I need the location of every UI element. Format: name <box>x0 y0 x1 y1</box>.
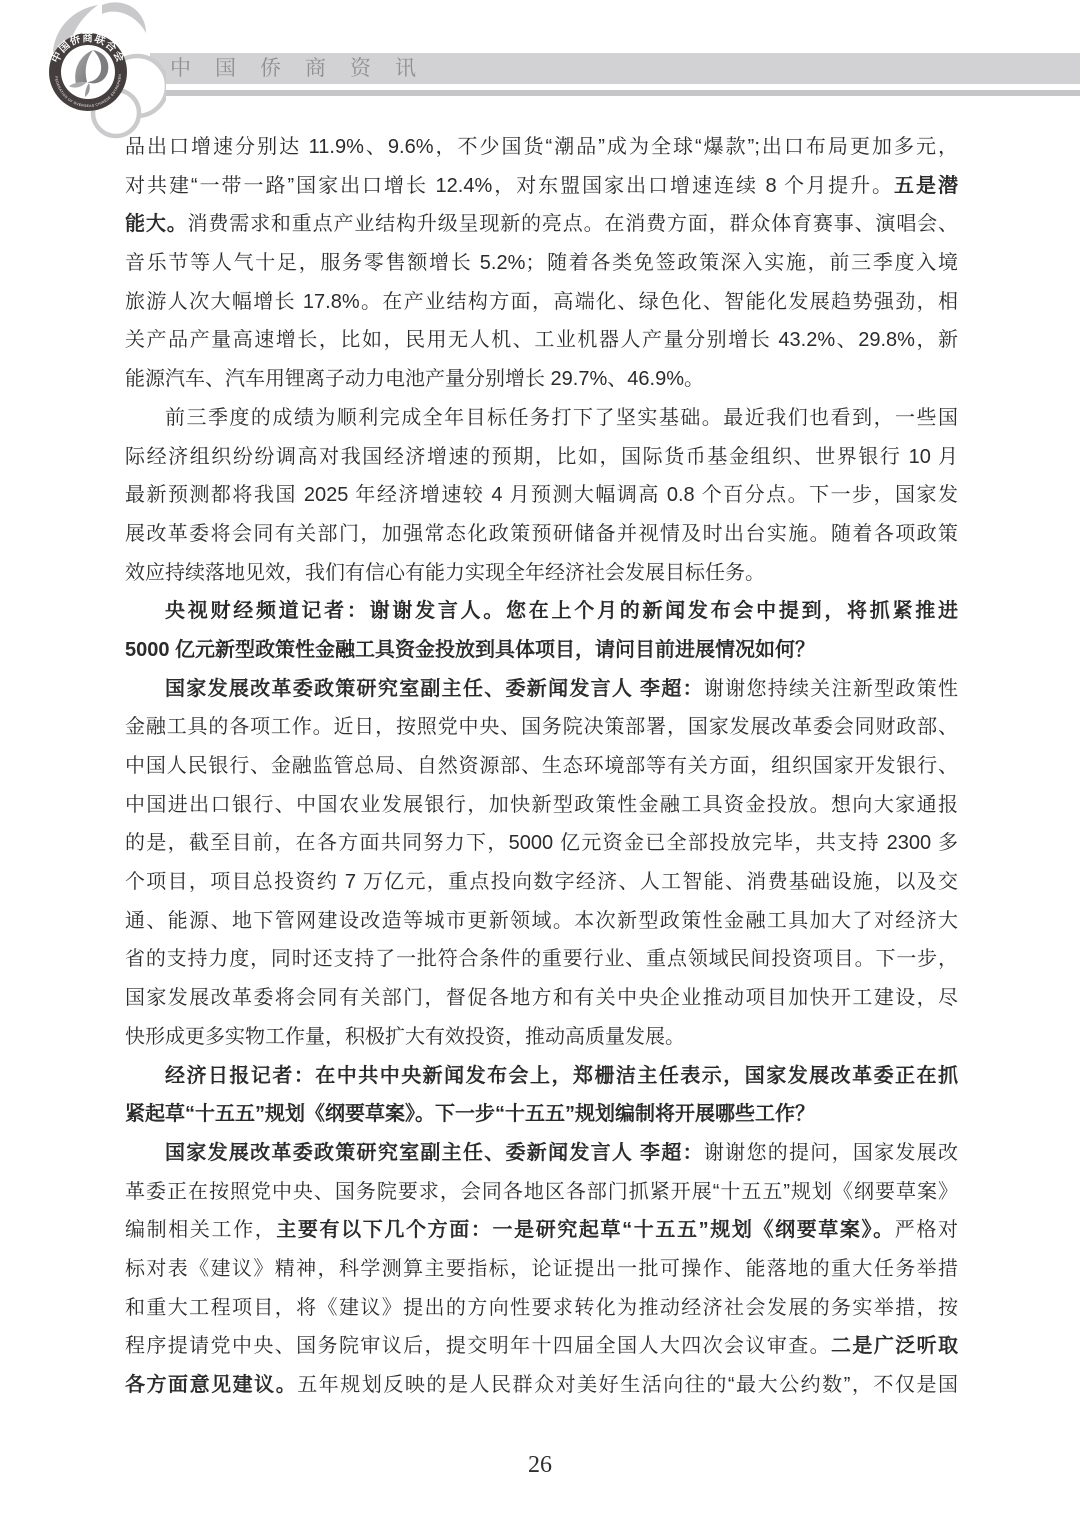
bold-text-segment: 经济日报记者：在中共中央新闻发布会上，郑栅洁主任表示，国家发展改革委正在抓 <box>165 1065 958 1087</box>
text-segment: 程序提请党中央、国务院审议后，提交明年十四届全国人大四次会议审查。 <box>125 1335 831 1357</box>
text-segment: 和重大工程项目，将《建议》提出的方向性要求转化为推动经济社会发展的务实举措，按 <box>125 1297 958 1319</box>
text-line: 对共建“一带一路”国家出口增长 12.4%，对东盟国家出口增速连续 8 个月提升… <box>125 167 958 206</box>
bold-text-segment: 央视财经频道记者：谢谢发言人。您在上个月的新闻发布会中提到，将抓紧推进 <box>165 600 958 622</box>
text-line: 通、能源、地下管网建设改造等城市更新领域。本次新型政策性金融工具加大了对经济大 <box>125 902 958 941</box>
text-segment: 关产品产量高速增长，比如，民用无人机、工业机器人产量分别增长 43.2%、29.… <box>125 329 958 351</box>
text-segment: 个项目，项目总投资约 7 万亿元，重点投向数字经济、人工智能、消费基础设施，以及… <box>125 871 958 893</box>
text-line: 国家发展改革委将会同有关部门，督促各地方和有关中央企业推动项目加快开工建设，尽 <box>125 979 958 1018</box>
document-page: 中国侨商资讯 中国侨商联合会 <box>0 0 1080 1525</box>
text-segment: 对共建“一带一路”国家出口增长 12.4%，对东盟国家出口增速连续 8 个月提升… <box>125 175 894 197</box>
text-segment: 品出口增速分别达 11.9%、9.6%，不少国货“潮品”成为全球“爆款”;出口布… <box>125 136 958 158</box>
page-number: 26 <box>0 1452 1080 1479</box>
text-line: 音乐节等人气十足，服务零售额增长 5.2%；随着各类免签政策深入实施，前三季度入… <box>125 244 958 283</box>
bold-text-segment: 各方面意见建议。 <box>125 1374 297 1396</box>
text-line: 能大。消费需求和重点产业结构升级呈现新的亮点。在消费方面，群众体育赛事、演唱会、 <box>125 205 958 244</box>
text-line: 国家发展改革委政策研究室副主任、委新闻发言人 李超：谢谢您持续关注新型政策性 <box>125 670 958 709</box>
text-line: 紧起草“十五五”规划《纲要草案》。下一步“十五五”规划编制将开展哪些工作？ <box>125 1095 958 1134</box>
text-segment: 金融工具的各项工作。近日，按照党中央、国务院决策部署，国家发展改革委会同财政部、 <box>125 716 958 738</box>
text-segment: 最新预测都将我国 2025 年经济增速较 4 月预测大幅调高 0.8 个百分点。… <box>125 484 958 506</box>
text-segment: 中国人民银行、金融监管总局、自然资源部、生态环境部等有关方面，组织国家开发银行、 <box>125 755 958 777</box>
text-line: 能源汽车、汽车用锂离子动力电池产量分别增长 29.7%、46.9%。 <box>125 360 958 399</box>
bold-text-segment: 国家发展改革委政策研究室副主任、委新闻发言人 李超： <box>165 1142 704 1164</box>
text-segment: 快形成更多实物工作量，积极扩大有效投资，推动高质量发展。 <box>125 1026 685 1048</box>
text-segment: 旅游人次大幅增长 17.8%。在产业结构方面，高端化、绿色化、智能化发展趋势强劲… <box>125 291 958 313</box>
text-segment: 标对表《建议》精神，科学测算主要指标，论证提出一批可操作、能落地的重大任务举措 <box>125 1258 958 1280</box>
text-segment: 效应持续落地见效，我们有信心有能力实现全年经济社会发展目标任务。 <box>125 562 765 584</box>
text-line: 标对表《建议》精神，科学测算主要指标，论证提出一批可操作、能落地的重大任务举措 <box>125 1250 958 1289</box>
bold-text-segment: 二是广泛听取 <box>831 1335 958 1357</box>
text-segment: 革委正在按照党中央、国务院要求，会同各地区各部门抓紧开展“十五五”规划《纲要草案… <box>125 1181 958 1203</box>
text-line: 快形成更多实物工作量，积极扩大有效投资，推动高质量发展。 <box>125 1018 958 1057</box>
header-band: 中国侨商资讯 <box>150 53 1080 84</box>
text-line: 程序提请党中央、国务院审议后，提交明年十四届全国人大四次会议审查。二是广泛听取 <box>125 1327 958 1366</box>
text-segment: 音乐节等人气十足，服务零售额增长 5.2%；随着各类免签政策深入实施，前三季度入… <box>125 252 958 274</box>
header-rule <box>152 90 1080 96</box>
text-segment: 前三季度的成绩为顺利完成全年目标任务打下了坚实基础。最近我们也看到，一些国 <box>165 407 958 429</box>
text-line: 前三季度的成绩为顺利完成全年目标任务打下了坚实基础。最近我们也看到，一些国 <box>125 399 958 438</box>
text-line: 个项目，项目总投资约 7 万亿元，重点投向数字经济、人工智能、消费基础设施，以及… <box>125 863 958 902</box>
text-line: 最新预测都将我国 2025 年经济增速较 4 月预测大幅调高 0.8 个百分点。… <box>125 476 958 515</box>
bold-text-segment: 主要有以下几个方面：一是研究起草“十五五”规划《纲要草案》。 <box>276 1219 894 1241</box>
text-segment: 通、能源、地下管网建设改造等城市更新领域。本次新型政策性金融工具加大了对经济大 <box>125 910 958 932</box>
article-body: 品出口增速分别达 11.9%、9.6%，不少国货“潮品”成为全球“爆款”;出口布… <box>125 128 958 1405</box>
text-line: 经济日报记者：在中共中央新闻发布会上，郑栅洁主任表示，国家发展改革委正在抓 <box>125 1057 958 1096</box>
text-line: 央视财经频道记者：谢谢发言人。您在上个月的新闻发布会中提到，将抓紧推进 <box>125 592 958 631</box>
text-line: 中国进出口银行、中国农业发展银行，加快新型政策性金融工具资金投放。想向大家通报 <box>125 786 958 825</box>
text-segment: 省的支持力度，同时还支持了一批符合条件的重要行业、重点领域民间投资项目。下一步， <box>125 948 958 970</box>
bold-text-segment: 5000 亿元新型政策性金融工具资金投放到具体项目，请问目前进展情况如何？ <box>125 639 815 661</box>
text-segment: 消费需求和重点产业结构升级呈现新的亮点。在消费方面，群众体育赛事、演唱会、 <box>188 213 958 235</box>
text-line: 5000 亿元新型政策性金融工具资金投放到具体项目，请问目前进展情况如何？ <box>125 631 958 670</box>
bold-text-segment: 五是潜 <box>894 175 958 197</box>
text-line: 编制相关工作，主要有以下几个方面：一是研究起草“十五五”规划《纲要草案》。严格对 <box>125 1211 958 1250</box>
text-segment: 严格对 <box>895 1219 958 1241</box>
text-line: 省的支持力度，同时还支持了一批符合条件的重要行业、重点领域民间投资项目。下一步， <box>125 940 958 979</box>
text-segment: 国家发展改革委将会同有关部门，督促各地方和有关中央企业推动项目加快开工建设，尽 <box>125 987 958 1009</box>
text-segment: 的是，截至目前，在各方面共同努力下，5000 亿元资金已全部投放完毕，共支持 2… <box>125 832 958 854</box>
bold-text-segment: 国家发展改革委政策研究室副主任、委新闻发言人 李超： <box>165 678 704 700</box>
text-segment: 编制相关工作， <box>125 1219 276 1241</box>
text-line: 际经济组织纷纷调高对我国经济增速的预期，比如，国际货币基金组织、世界银行 10 … <box>125 438 958 477</box>
bold-text-segment: 能大。 <box>125 213 188 235</box>
text-line: 中国人民银行、金融监管总局、自然资源部、生态环境部等有关方面，组织国家开发银行、 <box>125 747 958 786</box>
text-line: 品出口增速分别达 11.9%、9.6%，不少国货“潮品”成为全球“爆款”;出口布… <box>125 128 958 167</box>
text-line: 各方面意见建议。五年规划反映的是人民群众对美好生活向往的“最大公约数”，不仅是国 <box>125 1366 958 1405</box>
text-segment: 五年规划反映的是人民群众对美好生活向往的“最大公约数”，不仅是国 <box>297 1374 958 1396</box>
text-line: 的是，截至目前，在各方面共同努力下，5000 亿元资金已全部投放完毕，共支持 2… <box>125 824 958 863</box>
text-line: 国家发展改革委政策研究室副主任、委新闻发言人 李超：谢谢您的提问，国家发展改 <box>125 1134 958 1173</box>
text-line: 革委正在按照党中央、国务院要求，会同各地区各部门抓紧开展“十五五”规划《纲要草案… <box>125 1173 958 1212</box>
text-segment: 谢谢您的提问，国家发展改 <box>704 1142 958 1164</box>
text-segment: 能源汽车、汽车用锂离子动力电池产量分别增长 29.7%、46.9%。 <box>125 368 704 390</box>
text-line: 效应持续落地见效，我们有信心有能力实现全年经济社会发展目标任务。 <box>125 554 958 593</box>
text-segment: 谢谢您持续关注新型政策性 <box>704 678 958 700</box>
text-line: 和重大工程项目，将《建议》提出的方向性要求转化为推动经济社会发展的务实举措，按 <box>125 1289 958 1328</box>
header-title: 中国侨商资讯 <box>170 53 1080 84</box>
text-line: 金融工具的各项工作。近日，按照党中央、国务院决策部署，国家发展改革委会同财政部、 <box>125 708 958 747</box>
text-line: 关产品产量高速增长，比如，民用无人机、工业机器人产量分别增长 43.2%、29.… <box>125 321 958 360</box>
bold-text-segment: 紧起草“十五五”规划《纲要草案》。下一步“十五五”规划编制将开展哪些工作？ <box>125 1103 815 1125</box>
text-line: 展改革委将会同有关部门，加强常态化政策预研储备并视情及时出台实施。随着各项政策 <box>125 515 958 554</box>
text-segment: 际经济组织纷纷调高对我国经济增速的预期，比如，国际货币基金组织、世界银行 10 … <box>125 446 958 468</box>
text-segment: 展改革委将会同有关部门，加强常态化政策预研储备并视情及时出台实施。随着各项政策 <box>125 523 958 545</box>
text-line: 旅游人次大幅增长 17.8%。在产业结构方面，高端化、绿色化、智能化发展趋势强劲… <box>125 283 958 322</box>
text-segment: 中国进出口银行、中国农业发展银行，加快新型政策性金融工具资金投放。想向大家通报 <box>125 794 958 816</box>
